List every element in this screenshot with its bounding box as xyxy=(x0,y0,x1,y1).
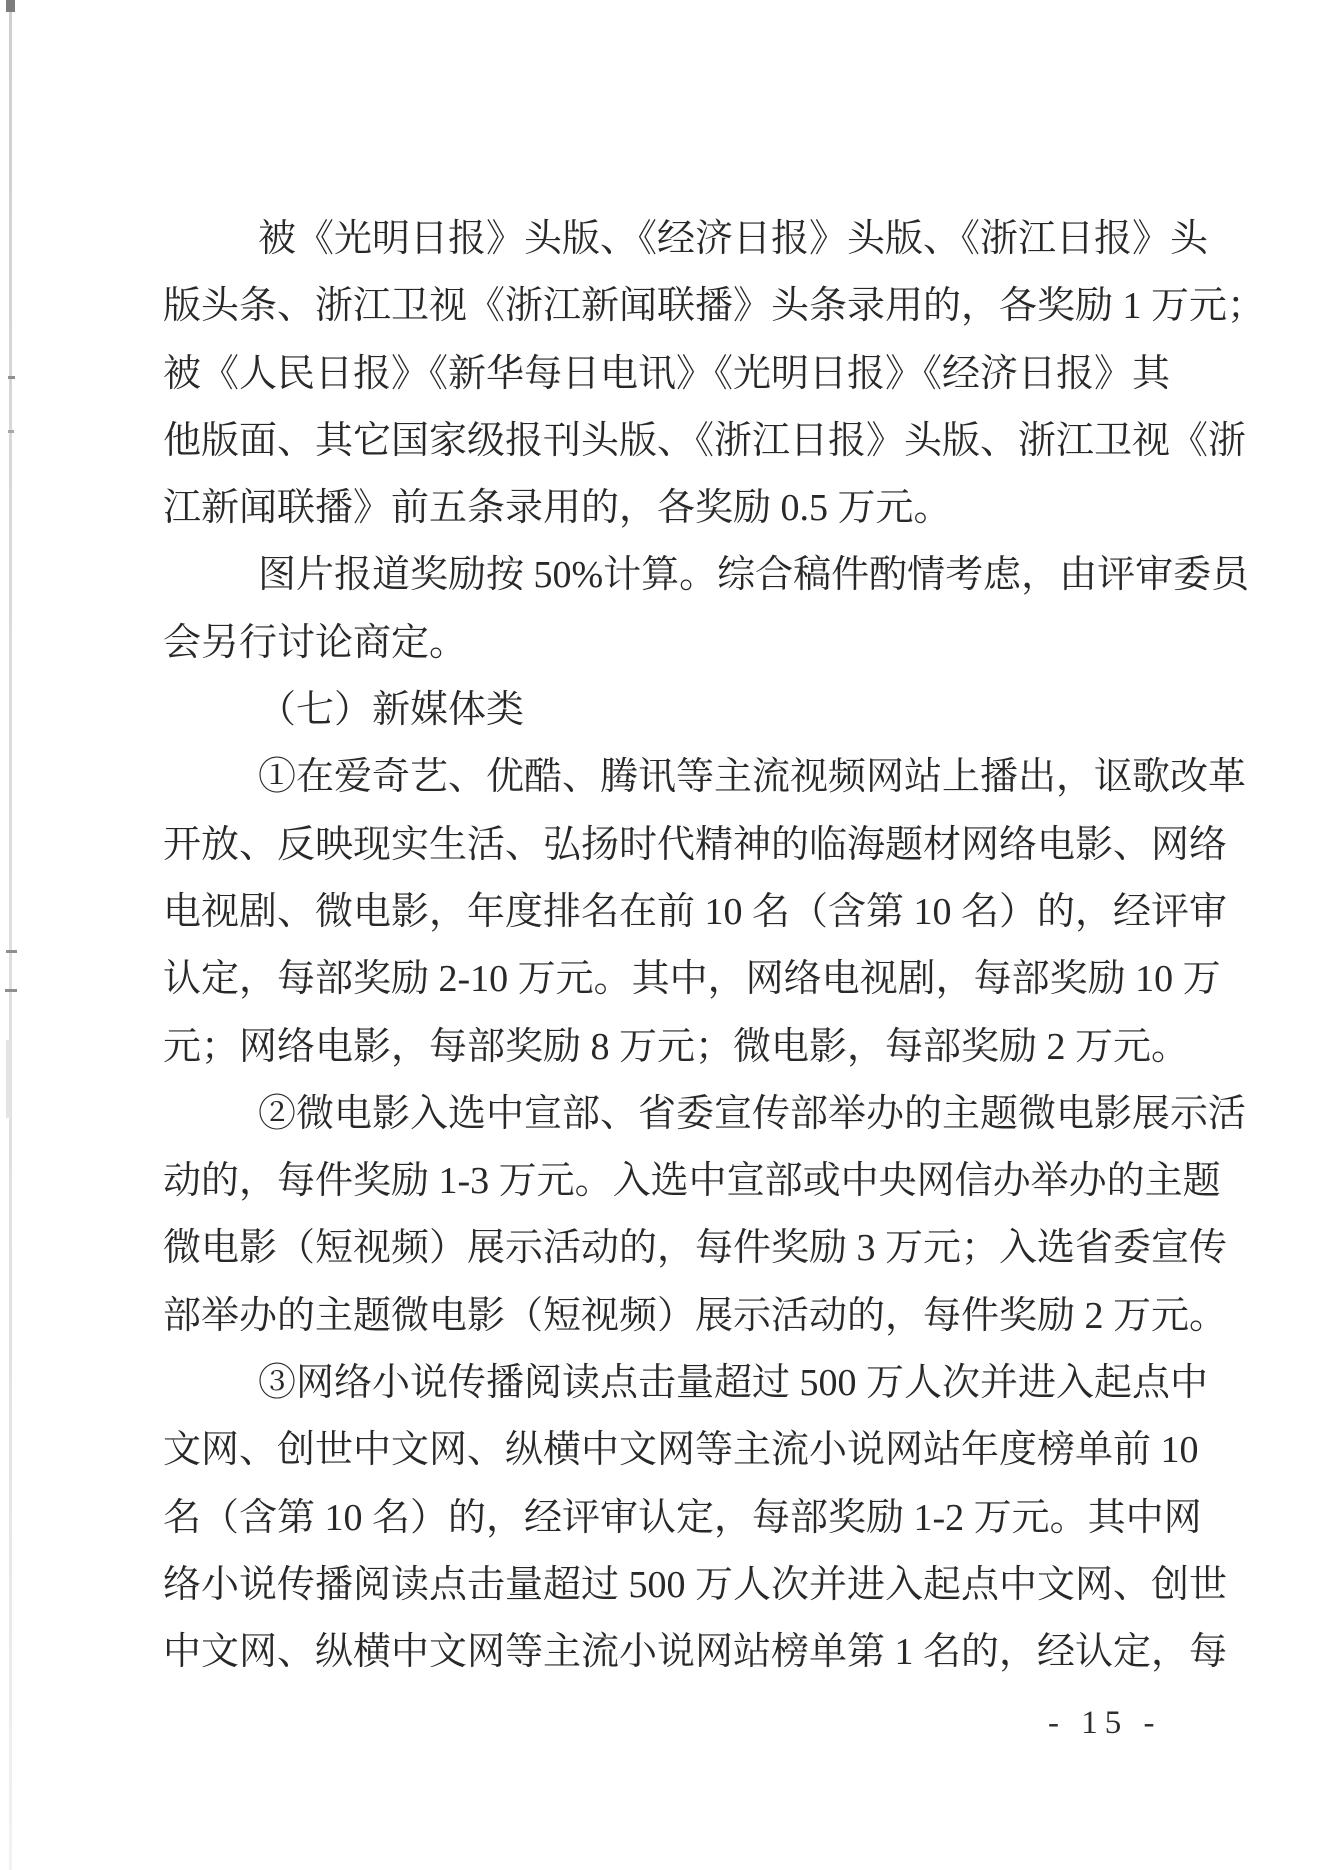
text-line: 版头条、浙江卫视《浙江新闻联播》头条录用的，各奖励 1 万元； xyxy=(163,273,1167,340)
text-line: 被《人民日报》《新华每日电讯》《光明日报》《经济日报》其 xyxy=(163,341,1167,408)
text-line: 会另行讨论商定。 xyxy=(163,610,1167,677)
text-line: 图片报道奖励按 50%计算。综合稿件酌情考虑，由评审委员 xyxy=(163,542,1167,609)
text-line: ①在爱奇艺、优酷、腾讯等主流视频网站上播出，讴歌改革 xyxy=(163,744,1167,811)
text-line: 名（含第 10 名）的，经评审认定，每部奖励 1-2 万元。其中网 xyxy=(163,1485,1167,1552)
scan-artifact xyxy=(6,1040,11,1118)
scan-artifact xyxy=(6,950,17,953)
scan-artifact xyxy=(8,376,15,379)
text-line: 文网、创世中文网、纵横中文网等主流小说网站年度榜单前 10 xyxy=(163,1417,1167,1484)
text-line: ③网络小说传播阅读点击量超过 500 万人次并进入起点中 xyxy=(163,1350,1167,1417)
text-line: 开放、反映现实生活、弘扬时代精神的临海题材网络电影、网络 xyxy=(163,812,1167,879)
text-line: 中文网、纵横中文网等主流小说网站榜单第 1 名的，经认定，每 xyxy=(163,1619,1167,1686)
text-line: 被《光明日报》头版、《经济日报》头版、《浙江日报》头 xyxy=(163,206,1167,273)
text-line: 江新闻联播》前五条录用的，各奖励 0.5 万元。 xyxy=(163,475,1167,542)
text-line: ②微电影入选中宣部、省委宣传部举办的主题微电影展示活 xyxy=(163,1081,1167,1148)
text-line: 络小说传播阅读点击量超过 500 万人次并进入起点中文网、创世 xyxy=(163,1552,1167,1619)
scan-artifact xyxy=(8,430,14,433)
text-line: 电视剧、微电影，年度排名在前 10 名（含第 10 名）的，经评审 xyxy=(163,879,1167,946)
document-body: 被《光明日报》头版、《经济日报》头版、《浙江日报》头 版头条、浙江卫视《浙江新闻… xyxy=(163,206,1167,1687)
text-line: 动的，每件奖励 1-3 万元。入选中宣部或中央网信办举办的主题 xyxy=(163,1148,1167,1215)
scan-edge-line xyxy=(9,0,12,1870)
page-number: - 15 - xyxy=(1048,1705,1178,1742)
scan-artifact xyxy=(6,0,15,12)
text-line: 部举办的主题微电影（短视频）展示活动的，每件奖励 2 万元。 xyxy=(163,1283,1167,1350)
scan-artifact xyxy=(5,989,17,992)
text-line: 他版面、其它国家级报刊头版、《浙江日报》头版、浙江卫视《浙 xyxy=(163,408,1167,475)
text-line: 认定，每部奖励 2-10 万元。其中，网络电视剧，每部奖励 10 万 xyxy=(163,946,1167,1013)
section-heading: （七）新媒体类 xyxy=(163,677,1167,744)
text-line: 元；网络电影，每部奖励 8 万元；微电影，每部奖励 2 万元。 xyxy=(163,1014,1167,1081)
text-line: 微电影（短视频）展示活动的，每件奖励 3 万元；入选省委宣传 xyxy=(163,1215,1167,1282)
